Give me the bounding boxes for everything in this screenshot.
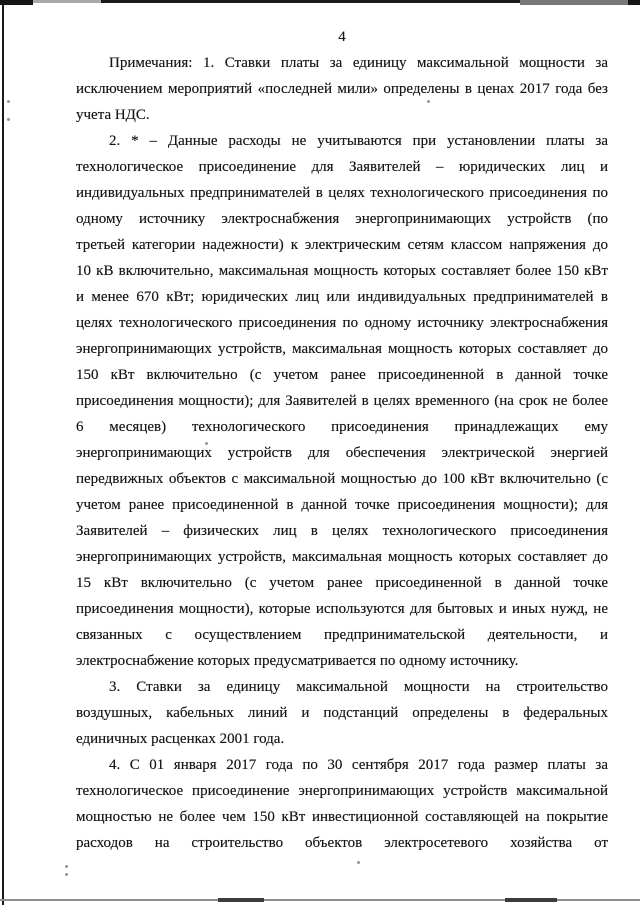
paragraph-1: Примечания: 1. Ставки платы за единицу м…	[76, 50, 608, 128]
text-line: 2. * – Данные расходы не учитываются при…	[76, 128, 608, 154]
text-line: и менее 670 кВт; юридических лиц или инд…	[76, 284, 608, 310]
text-line: технологическое присоединение энергоприн…	[76, 778, 608, 804]
text-line: третьей категории надежности) к электрич…	[76, 232, 608, 258]
text-line: Примечания: 1. Ставки платы за единицу м…	[76, 50, 608, 76]
text-line: энергопринимающих устройств, максимальна…	[76, 544, 608, 570]
text-line: энергопринимающих устройств для обеспече…	[76, 440, 608, 466]
text-line: единичных расценках 2001 года.	[76, 726, 608, 752]
scan-edge-bottom-segment	[218, 898, 264, 902]
text-line: присоединения мощности), которые использ…	[76, 596, 608, 622]
document-page: 4 Примечания: 1. Ставки платы за единицу…	[0, 0, 640, 905]
text-line: индивидуальных предпринимателей в целях …	[76, 180, 608, 206]
text-line: целях технологического присоединения по …	[76, 310, 608, 336]
text-line: исключением мероприятий «последней мили»…	[76, 76, 608, 102]
scanned-document: { "page": { "number": "4", "paper_color"…	[0, 0, 640, 905]
paragraph-2: 2. * – Данные расходы не учитываются при…	[76, 128, 608, 674]
scan-speck	[357, 861, 360, 864]
scan-edge-top-segment	[520, 0, 628, 5]
paragraph-3: 3. Ставки за единицу максимальной мощнос…	[76, 674, 608, 752]
paragraph-4: 4. С 01 января 2017 года по 30 сентября …	[76, 752, 608, 856]
text-line: одному источнику электроснабжения энерго…	[76, 206, 608, 232]
scan-speck	[7, 100, 10, 103]
scan-edge-bottom-segment	[505, 898, 557, 902]
scan-edge-left	[2, 3, 4, 905]
scan-speck	[65, 865, 68, 868]
text-line: связанных с осуществлением предпринимате…	[76, 622, 608, 648]
scan-edge-bottom	[0, 899, 640, 901]
text-line: воздушных, кабельных линий и подстанций …	[76, 700, 608, 726]
paragraphs-container: Примечания: 1. Ставки платы за единицу м…	[76, 50, 608, 856]
text-line: 10 кВ включительно, максимальная мощност…	[76, 258, 608, 284]
text-line: Заявителей – физических лиц в целях техн…	[76, 518, 608, 544]
scan-edge-top-segment	[0, 0, 33, 5]
scan-speck	[65, 873, 68, 876]
scan-speck	[7, 118, 10, 121]
text-line: присоединения мощности); для Заявителей …	[76, 388, 608, 414]
text-line: 4. С 01 января 2017 года по 30 сентября …	[76, 752, 608, 778]
text-line: мощностью не более чем 150 кВт инвестици…	[76, 804, 608, 830]
text-line: передвижных объектов с максимальной мощн…	[76, 466, 608, 492]
text-line: технологическое присоединение для Заявит…	[76, 154, 608, 180]
scan-edge-top	[0, 0, 640, 3]
text-line: 15 кВт включительно (с учетом ранее прис…	[76, 570, 608, 596]
text-line: энергопринимающих устройств, максимальна…	[76, 336, 608, 362]
text-line: учета НДС.	[76, 102, 608, 128]
text-line: 150 кВт включительно (с учетом ранее при…	[76, 362, 608, 388]
page-number: 4	[76, 24, 608, 50]
text-line: 6 месяцев) технологического присоединени…	[76, 414, 608, 440]
scan-edge-top-segment	[628, 0, 640, 5]
text-line: 3. Ставки за единицу максимальной мощнос…	[76, 674, 608, 700]
text-line: учетом ранее присоединенной в данной точ…	[76, 492, 608, 518]
text-line: расходов на строительство объектов элект…	[76, 830, 608, 856]
scan-edge-top-gap	[33, 0, 101, 3]
text-line: электроснабжение которых предусматривает…	[76, 648, 608, 674]
text-block: 4 Примечания: 1. Ставки платы за единицу…	[76, 24, 608, 856]
